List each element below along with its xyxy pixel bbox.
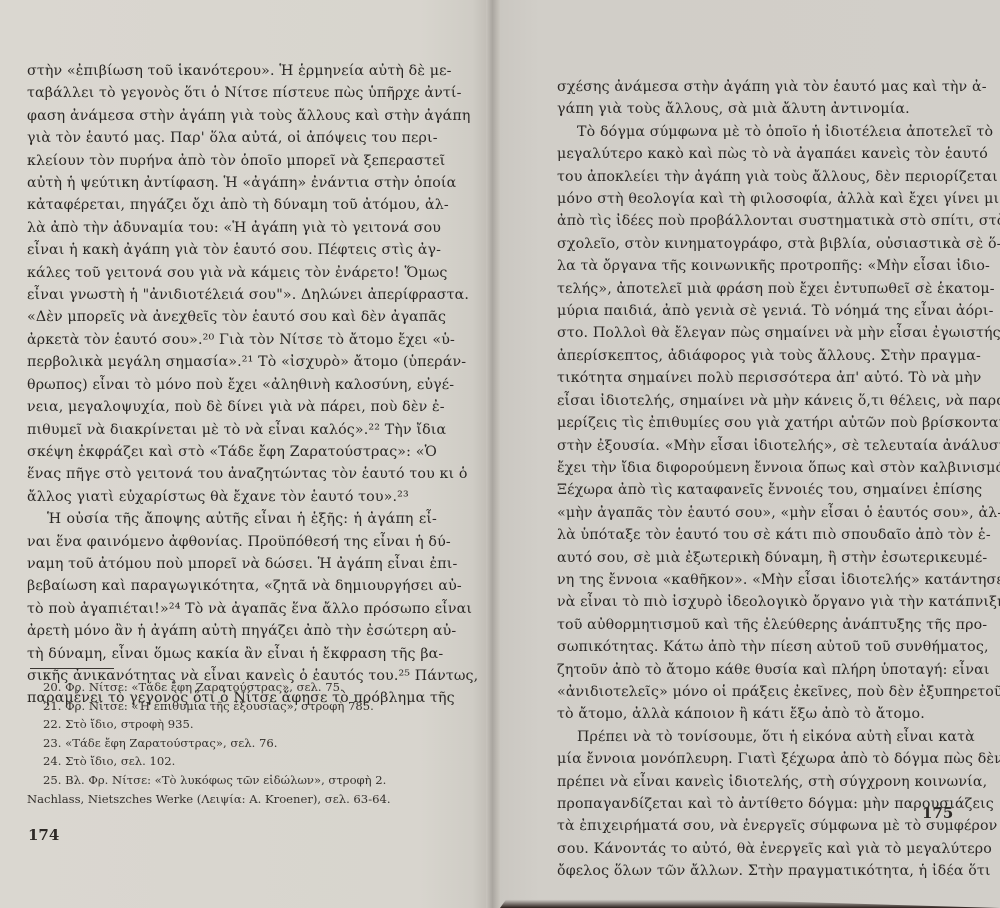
text-line: φαση ἀνάμεσα στὴν ἀγάπη γιὰ τοὺς ἄλλους … bbox=[27, 105, 437, 127]
right-page: σχέσης ἀνάμεσα στὴν ἀγάπη γιὰ τὸν ἑαυτό … bbox=[500, 0, 1000, 908]
text-line: του ἀποκλείει τὴν ἀγάπη γιὰ τοὺς ἄλλους,… bbox=[557, 166, 947, 188]
text-line: προπαγανδίζεται καὶ τὸ ἀντίθετο δόγμα: μ… bbox=[557, 793, 947, 815]
text-line: τὸ ποὺ ἀγαπιέται!»²⁴ Τὸ νὰ ἀγαπᾶς ἕνα ἄλ… bbox=[27, 598, 437, 620]
text-line: γιὰ τὸν ἑαυτό μας. Παρ' ὅλα αὐτά, οἱ ἀπό… bbox=[27, 127, 437, 149]
text-line: Ξέχωρα ἀπὸ τὶς καταφανεῖς ἔννοιές του, σ… bbox=[557, 479, 947, 501]
footnote-divider bbox=[30, 668, 114, 669]
text-line: γάπη γιὰ τοὺς ἄλλους, σὰ μιὰ ἄλυτη ἀντιν… bbox=[557, 98, 947, 120]
text-line: στὴν ἐξουσία. «Μὴν εἶσαι ἰδιοτελής», σὲ … bbox=[557, 435, 947, 457]
footnote-25-continuation: Nachlass, Nietszches Werke (Λειψία: A. K… bbox=[27, 790, 437, 809]
text-line: λὰ ὑπόταξε τὸν ἑαυτό του σὲ κάτι πιὸ σπο… bbox=[557, 524, 947, 546]
text-line: βεβαίωση καὶ παραγωγικότητα, «ζητᾶ νὰ δη… bbox=[27, 575, 437, 597]
text-line: ναι ἕνα φαινόμενο ἀφθονίας. Προϋπόθεσή τ… bbox=[27, 531, 437, 553]
footnote-22: 22. Στὸ ἴδιο, στροφὴ 935. bbox=[27, 715, 437, 734]
text-line: εἶναι ἡ κακὴ ἀγάπη γιὰ τὸν ἑαυτό σου. Πέ… bbox=[27, 239, 437, 261]
text-line: αὐτὴ ἡ ψεύτικη ἀντίφαση. Ἡ «ἀγάπη» ἐνάντ… bbox=[27, 172, 437, 194]
text-line: ζητοῦν ἀπὸ τὸ ἄτομο κάθε θυσία καὶ πλήρη… bbox=[557, 659, 947, 681]
paragraph-start-line: Ἡ οὐσία τῆς ἄποψης αὐτῆς εἶναι ἡ ἑξῆς: ἡ… bbox=[27, 508, 437, 530]
text-line: λα τὰ ὄργανα τῆς κοινωνικῆς προτροπῆς: «… bbox=[557, 255, 947, 277]
footnotes: 20. Φρ. Νίτσε: «Τάδε ἔφη Ζαρατούστρας», … bbox=[27, 678, 437, 808]
footnote-21: 21. Φρ. Νίτσε: «Ἡ ἐπιθυμία τῆς ἐξουσίας»… bbox=[27, 697, 437, 716]
footnote-20: 20. Φρ. Νίτσε: «Τάδε ἔφη Ζαρατούστρας», … bbox=[27, 678, 437, 697]
footnote-24: 24. Στὸ ἴδιο, σελ. 102. bbox=[27, 752, 437, 771]
page-number-right: 175 bbox=[922, 804, 953, 822]
text-line: τὰ ἐπιχειρήματά σου, νὰ ἐνεργεῖς σύμφωνα… bbox=[557, 815, 947, 837]
text-line: σωπικότητας. Κάτω ἀπὸ τὴν πίεση αὐτοῦ το… bbox=[557, 636, 947, 658]
book-spread: στὴν «ἐπιβίωση τοῦ ἱκανότερου». Ἡ ἑρμηνε… bbox=[0, 0, 1000, 908]
text-line: εἶσαι ἰδιοτελής, σημαίνει νὰ μὴν κάνεις … bbox=[557, 390, 947, 412]
text-line: ἕνας πῆγε στὸ γειτονά του ἀναζητώντας τὸ… bbox=[27, 463, 437, 485]
text-line: πρέπει νὰ εἶναι κανεὶς ἰδιοτελής, στὴ σύ… bbox=[557, 771, 947, 793]
text-line: ἀρετὴ μόνο ἂν ἡ ἀγάπη αὐτὴ πηγάζει ἀπὸ τ… bbox=[27, 620, 437, 642]
text-line: ναμη τοῦ ἀτόμου ποὺ μπορεῖ νὰ δώσει. Ἡ ἀ… bbox=[27, 553, 437, 575]
text-line: κλείουν τὸν πυρήνα ἀπὸ τὸν ὁποῖο μπορεῖ … bbox=[27, 150, 437, 172]
text-line: «μὴν ἀγαπᾶς τὸν ἑαυτό σου», «μὴν εἶσαι ὁ… bbox=[557, 502, 947, 524]
text-line: ἄλλος γιατὶ εὐχαρίστως θὰ ἔχανε τὸν ἑαυτ… bbox=[27, 486, 437, 508]
footnote-23: 23. «Τάδε ἔφη Ζαρατούστρας», σελ. 76. bbox=[27, 734, 437, 753]
paragraph-start-line: Τὸ δόγμα σύμφωνα μὲ τὸ ὁποῖο ἡ ἰδιοτέλει… bbox=[557, 121, 947, 143]
text-line: αυτό σου, σὲ μιὰ ἐξωτερικὴ δύναμη, ἢ στὴ… bbox=[557, 547, 947, 569]
text-line: νη της ἔννοια «καθῆκον». «Μὴν εἶσαι ἰδιο… bbox=[557, 569, 947, 591]
left-page-body: στὴν «ἐπιβίωση τοῦ ἱκανότερου». Ἡ ἑρμηνε… bbox=[27, 60, 437, 710]
text-line: ἀπερίσκεπτος, ἀδιάφορος γιὰ τοὺς ἄλλους.… bbox=[557, 345, 947, 367]
text-line: τικότητα σημαίνει πολὺ περισσότερα ἀπ' α… bbox=[557, 367, 947, 389]
text-line: τὸ ἄτομο, ἀλλὰ κάποιον ἢ κάτι ἔξω ἀπὸ τὸ… bbox=[557, 703, 947, 725]
footnote-25: 25. Βλ. Φρ. Νίτσε: «Τὸ λυκόφως τῶν εἰδώλ… bbox=[27, 771, 437, 790]
text-line: μερίζεις τὶς ἐπιθυμίες σου γιὰ χατήρι αὐ… bbox=[557, 412, 947, 434]
text-line: τοῦ αὐθορμητισμοῦ καὶ τῆς ἐλεύθερης ἀνάπ… bbox=[557, 614, 947, 636]
text-line: ἀρκετὰ τὸν ἑαυτό σου».²⁰ Γιὰ τὸν Νίτσε τ… bbox=[27, 329, 437, 351]
text-line: σχέσης ἀνάμεσα στὴν ἀγάπη γιὰ τὸν ἑαυτό … bbox=[557, 76, 947, 98]
text-line: νεια, μεγαλοψυχία, ποὺ δὲ δίνει γιὰ νὰ π… bbox=[27, 396, 437, 418]
text-line: ἔχει τὴν ἴδια διφορούμενη ἔννοια ὅπως κα… bbox=[557, 457, 947, 479]
text-line: νὰ εἶναι τὸ πιὸ ἰσχυρὸ ἰδεολογικὸ ὄργανο… bbox=[557, 591, 947, 613]
text-line: στὴν «ἐπιβίωση τοῦ ἱκανότερου». Ἡ ἑρμηνε… bbox=[27, 60, 437, 82]
text-line: ταβάλλει τὸ γεγονὸς ὅτι ὁ Νίτσε πίστευε … bbox=[27, 82, 437, 104]
left-page: στὴν «ἐπιβίωση τοῦ ἱκανότερου». Ἡ ἑρμηνε… bbox=[0, 0, 492, 908]
text-line: τελής», ἀποτελεῖ μιὰ φράση ποὺ ἔχει ἐντυ… bbox=[557, 278, 947, 300]
text-line: πιθυμεῖ νὰ διακρίνεται μὲ τὸ νὰ εἶναι κα… bbox=[27, 419, 437, 441]
text-line: στο. Πολλοὶ θὰ ἔλεγαν πὼς σημαίνει νὰ μὴ… bbox=[557, 322, 947, 344]
text-line: μόνο στὴ θεολογία καὶ τὴ φιλοσοφία, ἀλλὰ… bbox=[557, 188, 947, 210]
text-line: θρωπος) εἶναι τὸ μόνο ποὺ ἔχει «ἀληθινὴ … bbox=[27, 374, 437, 396]
text-line: ἀπὸ τὶς ἰδέες ποὺ προβάλλονται συστηματι… bbox=[557, 210, 947, 232]
text-line: «ἀνιδιοτελεῖς» μόνο οἱ πράξεις ἐκεῖνες, … bbox=[557, 681, 947, 703]
text-line: μία ἔννοια μονόπλευρη. Γιατὶ ξέχωρα ἀπὸ … bbox=[557, 748, 947, 770]
right-page-body: σχέσης ἀνάμεσα στὴν ἀγάπη γιὰ τὸν ἑαυτό … bbox=[557, 76, 947, 883]
text-line: σου. Κάνοντάς το αὐτό, θὰ ἐνεργεῖς καὶ γ… bbox=[557, 838, 947, 860]
text-line: «Δὲν μπορεῖς νὰ ἀνεχθεῖς τὸν ἑαυτό σου κ… bbox=[27, 306, 437, 328]
text-line: σχολεῖο, στὸν κινηματογράφο, στὰ βιβλία,… bbox=[557, 233, 947, 255]
text-line: τὴ δύναμη, εἶναι ὅμως κακία ἂν εἶναι ἡ ἔ… bbox=[27, 643, 437, 665]
text-line: μεγαλύτερο κακὸ καὶ πὼς τὸ νὰ ἀγαπάει κα… bbox=[557, 143, 947, 165]
text-line: ὄφελος ὅλων τῶν ἄλλων. Στὴν πραγματικότη… bbox=[557, 860, 947, 882]
page-number-left: 174 bbox=[28, 826, 59, 844]
text-line: σκέψη ἐκφράζει καὶ στὸ «Τάδε ἔφη Ζαρατού… bbox=[27, 441, 437, 463]
text-line: εἶναι γνωστὴ ἡ "ἀνιδιοτέλειά σου"». Δηλώ… bbox=[27, 284, 437, 306]
text-line: μύρια παιδιά, ἀπὸ γενιὰ σὲ γενιά. Τὸ νόη… bbox=[557, 300, 947, 322]
text-line: κάλες τοῦ γειτονά σου γιὰ νὰ κάμεις τὸν … bbox=[27, 262, 437, 284]
paragraph-start-line: Πρέπει νὰ τὸ τονίσουμε, ὅτι ἡ εἰκόνα αὐτ… bbox=[557, 726, 947, 748]
text-line: κἀταφέρεται, πηγάζει ὄχι ἀπὸ τὴ δύναμη τ… bbox=[27, 194, 437, 216]
text-line: λὰ ἀπὸ τὴν ἀδυναμία του: «Ἡ ἀγάπη γιὰ τὸ… bbox=[27, 217, 437, 239]
text-line: περβολικὰ μεγάλη σημασία».²¹ Τὸ «ἰσχυρὸ»… bbox=[27, 351, 437, 373]
